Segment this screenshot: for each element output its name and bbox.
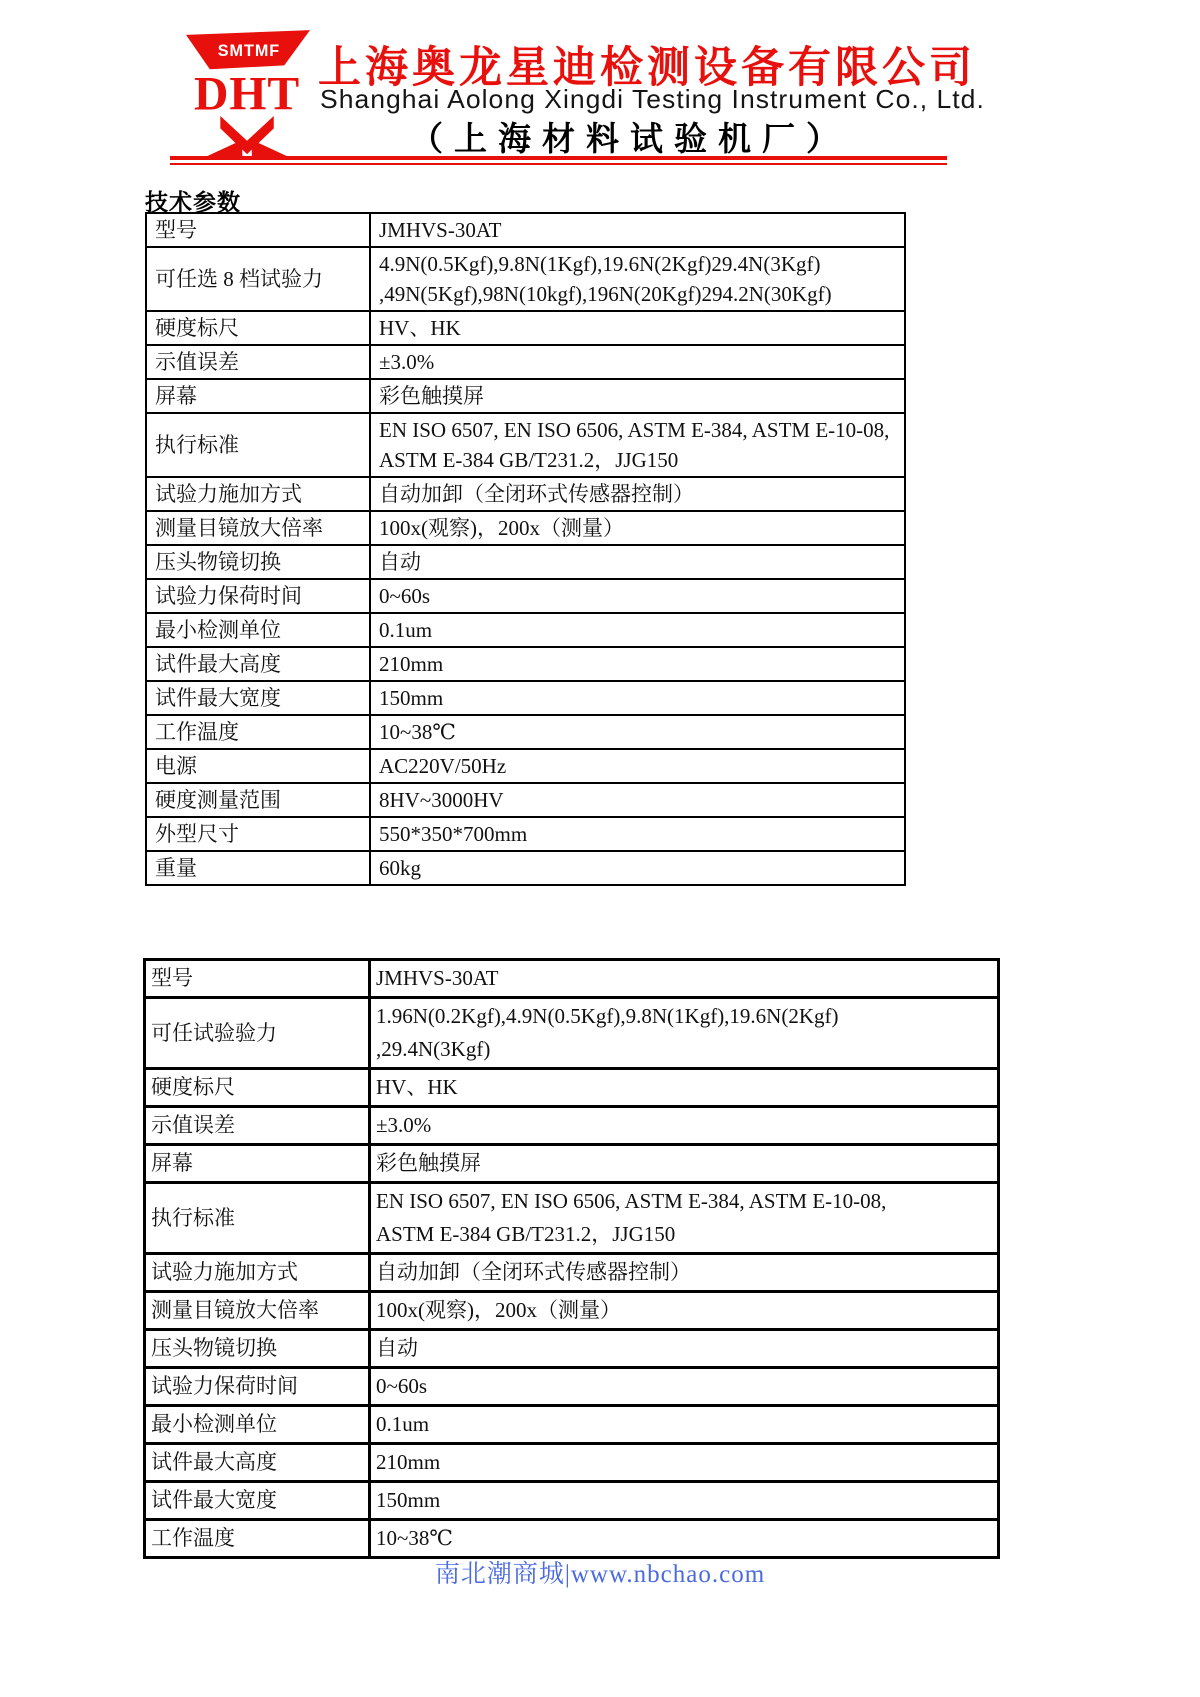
spec-label: 重量 [146, 851, 370, 885]
table-row: 执行标准EN ISO 6507, EN ISO 6506, ASTM E-384… [145, 1183, 999, 1254]
table-row: 硬度标尺HV、HK [145, 1069, 999, 1107]
table-row: 试验力保荷时间0~60s [145, 1368, 999, 1406]
spec-table-2: 型号JMHVS-30AT可任试验验力1.96N(0.2Kgf),4.9N(0.5… [143, 958, 1000, 1559]
header-rule-thick [170, 156, 947, 160]
spec-value: ±3.0% [370, 1107, 999, 1145]
table-row: 试件最大高度210mm [146, 647, 905, 681]
spec-value: JMHVS-30AT [370, 213, 905, 247]
table-row: 型号JMHVS-30AT [146, 213, 905, 247]
spec-label: 试验力保荷时间 [145, 1368, 370, 1406]
spec-value: 210mm [370, 1444, 999, 1482]
spec-value: HV、HK [370, 311, 905, 345]
table-row: 屏幕彩色触摸屏 [145, 1145, 999, 1183]
table-row: 测量目镜放大倍率100x(观察)，200x（测量） [145, 1292, 999, 1330]
spec-label: 试验力施加方式 [146, 477, 370, 511]
table-row: 示值误差±3.0% [145, 1107, 999, 1145]
logo-smtmf-text: SMTMF [218, 42, 280, 60]
spec-value: 1.96N(0.2Kgf),4.9N(0.5Kgf),9.8N(1Kgf),19… [370, 998, 999, 1069]
spec-value: 210mm [370, 647, 905, 681]
spec-label: 工作温度 [146, 715, 370, 749]
table-row: 试件最大宽度150mm [145, 1482, 999, 1520]
spec-label: 屏幕 [146, 379, 370, 413]
company-logo: SMTMF DHT [186, 30, 310, 160]
footer: 南北潮商城|www.nbchao.com [0, 1554, 1200, 1590]
table-row: 工作温度10~38℃ [145, 1520, 999, 1558]
spec-label: 压头物镜切换 [146, 545, 370, 579]
footer-site-link[interactable]: 南北潮商城|www.nbchao.com [435, 1561, 765, 1588]
company-name-en: Shanghai Aolong Xingdi Testing Instrumen… [320, 84, 952, 115]
spec-label: 执行标准 [146, 413, 370, 477]
spec-value: 150mm [370, 681, 905, 715]
table-row: 试验力施加方式自动加卸（全闭环式传感器控制） [145, 1254, 999, 1292]
spec-value: 0.1um [370, 613, 905, 647]
table-row: 试件最大宽度150mm [146, 681, 905, 715]
spec-value: 60kg [370, 851, 905, 885]
spec-label: 示值误差 [146, 345, 370, 379]
spec-value: 150mm [370, 1482, 999, 1520]
table-row: 试件最大高度210mm [145, 1444, 999, 1482]
spec-label: 试件最大高度 [145, 1444, 370, 1482]
spec-label: 型号 [145, 960, 370, 998]
spec-value: 10~38℃ [370, 715, 905, 749]
table-row: 试验力保荷时间0~60s [146, 579, 905, 613]
spec-label: 测量目镜放大倍率 [145, 1292, 370, 1330]
spec-value: 8HV~3000HV [370, 783, 905, 817]
table-row: 示值误差±3.0% [146, 345, 905, 379]
spec-value: 彩色触摸屏 [370, 379, 905, 413]
spec-label: 硬度标尺 [145, 1069, 370, 1107]
table-row: 压头物镜切换自动 [146, 545, 905, 579]
spec-value: 4.9N(0.5Kgf),9.8N(1Kgf),19.6N(2Kgf)29.4N… [370, 247, 905, 311]
table-row: 可任试验验力1.96N(0.2Kgf),4.9N(0.5Kgf),9.8N(1K… [145, 998, 999, 1069]
spec-value: 10~38℃ [370, 1520, 999, 1558]
table-row: 工作温度10~38℃ [146, 715, 905, 749]
spec-value: 自动加卸（全闭环式传感器控制） [370, 477, 905, 511]
spec-value: 550*350*700mm [370, 817, 905, 851]
spec-value: 100x(观察)，200x（测量） [370, 511, 905, 545]
spec-label: 执行标准 [145, 1183, 370, 1254]
spec-value: 0~60s [370, 579, 905, 613]
spec-value: ±3.0% [370, 345, 905, 379]
spec-label: 试件最大宽度 [146, 681, 370, 715]
spec-value: EN ISO 6507, EN ISO 6506, ASTM E-384, AS… [370, 1183, 999, 1254]
spec-label: 可任试验验力 [145, 998, 370, 1069]
spec-value: 100x(观察)，200x（测量） [370, 1292, 999, 1330]
table-row: 最小检测单位0.1um [145, 1406, 999, 1444]
spec-label: 示值误差 [145, 1107, 370, 1145]
table-row: 重量60kg [146, 851, 905, 885]
table-row: 屏幕彩色触摸屏 [146, 379, 905, 413]
table-row: 硬度标尺HV、HK [146, 311, 905, 345]
table-row: 执行标准EN ISO 6507, EN ISO 6506, ASTM E-384… [146, 413, 905, 477]
spec-value: 自动 [370, 545, 905, 579]
spec-value: 自动加卸（全闭环式传感器控制） [370, 1254, 999, 1292]
spec-table-1: 型号JMHVS-30AT可任选 8 档试验力4.9N(0.5Kgf),9.8N(… [145, 212, 906, 886]
spec-label: 外型尺寸 [146, 817, 370, 851]
spec-label: 屏幕 [145, 1145, 370, 1183]
spec-value: 自动 [370, 1330, 999, 1368]
spec-label: 最小检测单位 [146, 613, 370, 647]
table-row: 压头物镜切换自动 [145, 1330, 999, 1368]
spec-label: 试验力保荷时间 [146, 579, 370, 613]
spec-value: 0.1um [370, 1406, 999, 1444]
table-row: 最小检测单位0.1um [146, 613, 905, 647]
spec-value: AC220V/50Hz [370, 749, 905, 783]
spec-label: 测量目镜放大倍率 [146, 511, 370, 545]
table-row: 测量目镜放大倍率100x(观察)，200x（测量） [146, 511, 905, 545]
table-row: 硬度测量范围8HV~3000HV [146, 783, 905, 817]
spec-label: 硬度测量范围 [146, 783, 370, 817]
table-row: 外型尺寸550*350*700mm [146, 817, 905, 851]
table-row: 型号JMHVS-30AT [145, 960, 999, 998]
logo-dht-text: DHT [194, 68, 300, 120]
spec-value: 0~60s [370, 1368, 999, 1406]
factory-name-cn: （上海材料试验机厂） [320, 113, 940, 160]
spec-label: 电源 [146, 749, 370, 783]
table-row: 试验力施加方式自动加卸（全闭环式传感器控制） [146, 477, 905, 511]
spec-label: 工作温度 [145, 1520, 370, 1558]
spec-label: 可任选 8 档试验力 [146, 247, 370, 311]
spec-label: 硬度标尺 [146, 311, 370, 345]
spec-label: 型号 [146, 213, 370, 247]
spec-label: 试验力施加方式 [145, 1254, 370, 1292]
spec-value: JMHVS-30AT [370, 960, 999, 998]
spec-label: 压头物镜切换 [145, 1330, 370, 1368]
spec-label: 最小检测单位 [145, 1406, 370, 1444]
logo-banner-icon: SMTMF [186, 30, 310, 69]
table-row: 可任选 8 档试验力4.9N(0.5Kgf),9.8N(1Kgf),19.6N(… [146, 247, 905, 311]
spec-value: EN ISO 6507, EN ISO 6506, ASTM E-384, AS… [370, 413, 905, 477]
spec-value: 彩色触摸屏 [370, 1145, 999, 1183]
spec-label: 试件最大高度 [146, 647, 370, 681]
table-row: 电源AC220V/50Hz [146, 749, 905, 783]
spec-value: HV、HK [370, 1069, 999, 1107]
header-rule-thin [170, 163, 947, 165]
spec-label: 试件最大宽度 [145, 1482, 370, 1520]
